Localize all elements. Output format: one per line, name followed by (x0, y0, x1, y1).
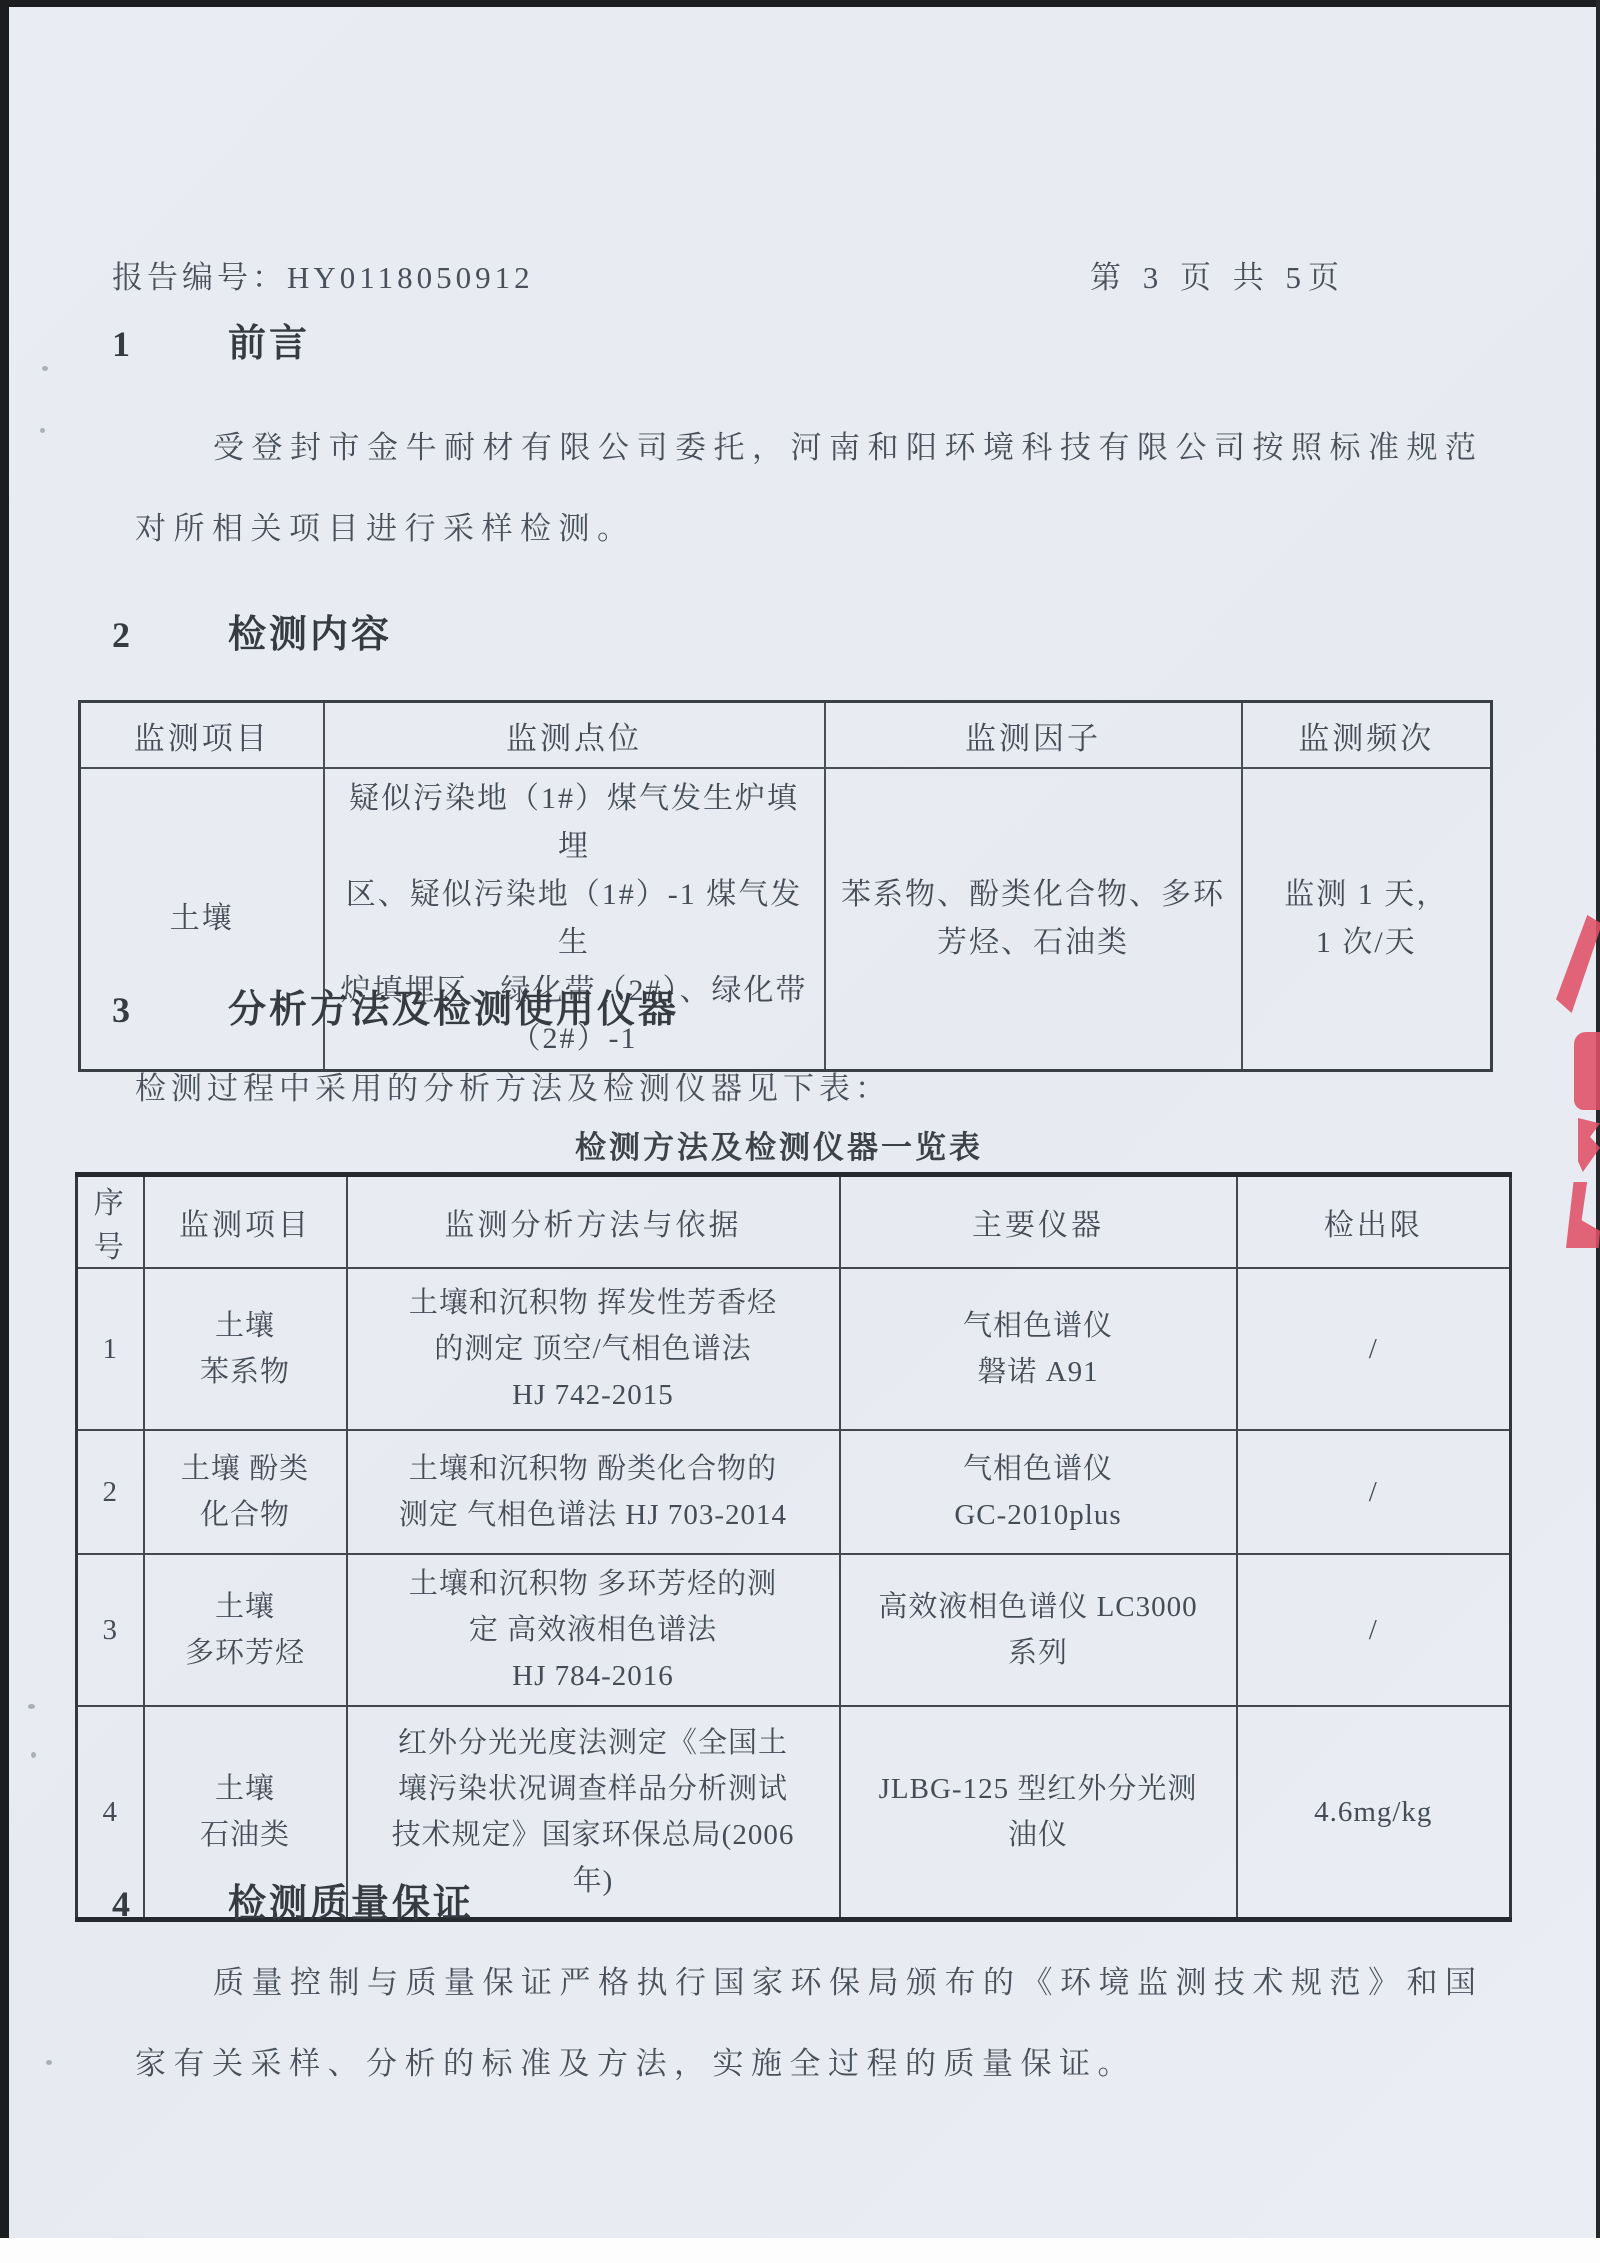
scan-edge-left (0, 0, 9, 2263)
cell-method: 土壤和沉积物 挥发性芳香烃 的测定 顶空/气相色谱法 HJ 742-2015 (347, 1268, 840, 1430)
cell-method: 土壤和沉积物 酚类化合物的 测定 气相色谱法 HJ 703-2014 (347, 1430, 840, 1554)
cell-limit: / (1237, 1554, 1511, 1706)
scan-speck (40, 428, 45, 433)
cell-frequency: 监测 1 天， 1 次/天 (1242, 768, 1492, 1071)
cell-instrument: 高效液相色谱仪 LC3000 系列 (840, 1554, 1237, 1706)
scan-speck (42, 366, 48, 371)
qa-line-2: 家有关采样、分析的标准及方法，实施全过程的质量保证。 (135, 2038, 1136, 2083)
method-table: 序号 监测项目 监测分析方法与依据 主要仪器 检出限 1 土壤 苯系物 土壤和沉… (75, 1172, 1512, 1922)
scan-edge-right (1596, 0, 1600, 2238)
qa-line-1: 质量控制与质量保证严格执行国家环保局颁布的《环境监测技术规范》和国 (135, 1957, 1484, 2002)
section-1-heading: 1 前言 (112, 312, 310, 367)
th-monitor-factor: 监测因子 (825, 702, 1242, 769)
cell-factors: 苯系物、酚类化合物、多环 芳烃、石油类 (825, 768, 1242, 1071)
th-detection-limit: 检出限 (1237, 1175, 1511, 1269)
th-monitor-frequency: 监测频次 (1242, 702, 1492, 769)
section-1-number: 1 (112, 323, 228, 365)
cell-seq: 1 (77, 1268, 144, 1430)
th-method: 监测分析方法与依据 (347, 1175, 840, 1269)
cell-limit: 4.6mg/kg (1237, 1706, 1511, 1920)
section-3-heading: 3 分析方法及检测使用仪器 (112, 978, 679, 1033)
method-table-caption: 检测方法及检测仪器一览表 (575, 1122, 983, 1167)
th-instrument: 主要仪器 (840, 1175, 1237, 1269)
method-table-row: 1 土壤 苯系物 土壤和沉积物 挥发性芳香烃 的测定 顶空/气相色谱法 HJ 7… (77, 1268, 1511, 1430)
cell-project: 土壤 苯系物 (144, 1268, 347, 1430)
section-4-number: 4 (112, 1883, 228, 1925)
red-stamp-fragment (1556, 915, 1600, 1013)
cell-instrument: JLBG-125 型红外分光测 油仪 (840, 1706, 1237, 1920)
section-2-title: 检测内容 (228, 603, 392, 658)
scan-speck (46, 2060, 52, 2065)
method-table-row: 2 土壤 酚类 化合物 土壤和沉积物 酚类化合物的 测定 气相色谱法 HJ 70… (77, 1430, 1511, 1554)
section-3-number: 3 (112, 989, 228, 1031)
cell-project: 土壤 多环芳烃 (144, 1554, 347, 1706)
cell-seq: 2 (77, 1430, 144, 1554)
th-project: 监测项目 (144, 1175, 347, 1269)
method-table-header-row: 序号 监测项目 监测分析方法与依据 主要仪器 检出限 (77, 1175, 1511, 1269)
scan-speck (31, 1752, 36, 1758)
th-monitor-project: 监测项目 (80, 702, 324, 769)
th-monitor-point: 监测点位 (324, 702, 825, 769)
scan-edge-bottom (0, 2238, 1600, 2263)
scan-speck (28, 1704, 35, 1709)
section-2-number: 2 (112, 614, 228, 656)
section-3-intro: 检测过程中采用的分析方法及检测仪器见下表： (135, 1063, 891, 1108)
scanned-page: 报告编号：HY0118050912 第 3 页 共 5页 1 前言 受登封市金牛… (0, 0, 1600, 2263)
red-stamp-fragment (1566, 1182, 1600, 1248)
cell-limit: / (1237, 1430, 1511, 1554)
cell-method: 土壤和沉积物 多环芳烃的测 定 高效液相色谱法 HJ 784-2016 (347, 1554, 840, 1706)
scan-edge-top (0, 0, 1600, 7)
th-seq: 序号 (77, 1175, 144, 1269)
preface-line-2: 对所相关项目进行采样检测。 (135, 503, 636, 548)
preface-line-1: 受登封市金牛耐材有限公司委托，河南和阳环境科技有限公司按照标准规范 (135, 422, 1484, 467)
cell-instrument: 气相色谱仪 磐诺 A91 (840, 1268, 1237, 1430)
section-4-heading: 4 检测质量保证 (112, 1872, 474, 1927)
report-number: 报告编号：HY0118050912 (112, 252, 534, 297)
cell-limit: / (1237, 1268, 1511, 1430)
content-table-header-row: 监测项目 监测点位 监测因子 监测频次 (80, 702, 1492, 769)
section-4-title: 检测质量保证 (228, 1872, 474, 1927)
section-3-title: 分析方法及检测使用仪器 (228, 978, 679, 1033)
section-1-title: 前言 (228, 312, 310, 367)
method-table-row: 3 土壤 多环芳烃 土壤和沉积物 多环芳烃的测 定 高效液相色谱法 HJ 784… (77, 1554, 1511, 1706)
cell-project: 土壤 酚类 化合物 (144, 1430, 347, 1554)
page-number: 第 3 页 共 5页 (1090, 252, 1346, 297)
cell-instrument: 气相色谱仪 GC-2010plus (840, 1430, 1237, 1554)
section-2-heading: 2 检测内容 (112, 603, 392, 658)
cell-seq: 3 (77, 1554, 144, 1706)
red-stamp-fragment (1574, 1032, 1600, 1110)
